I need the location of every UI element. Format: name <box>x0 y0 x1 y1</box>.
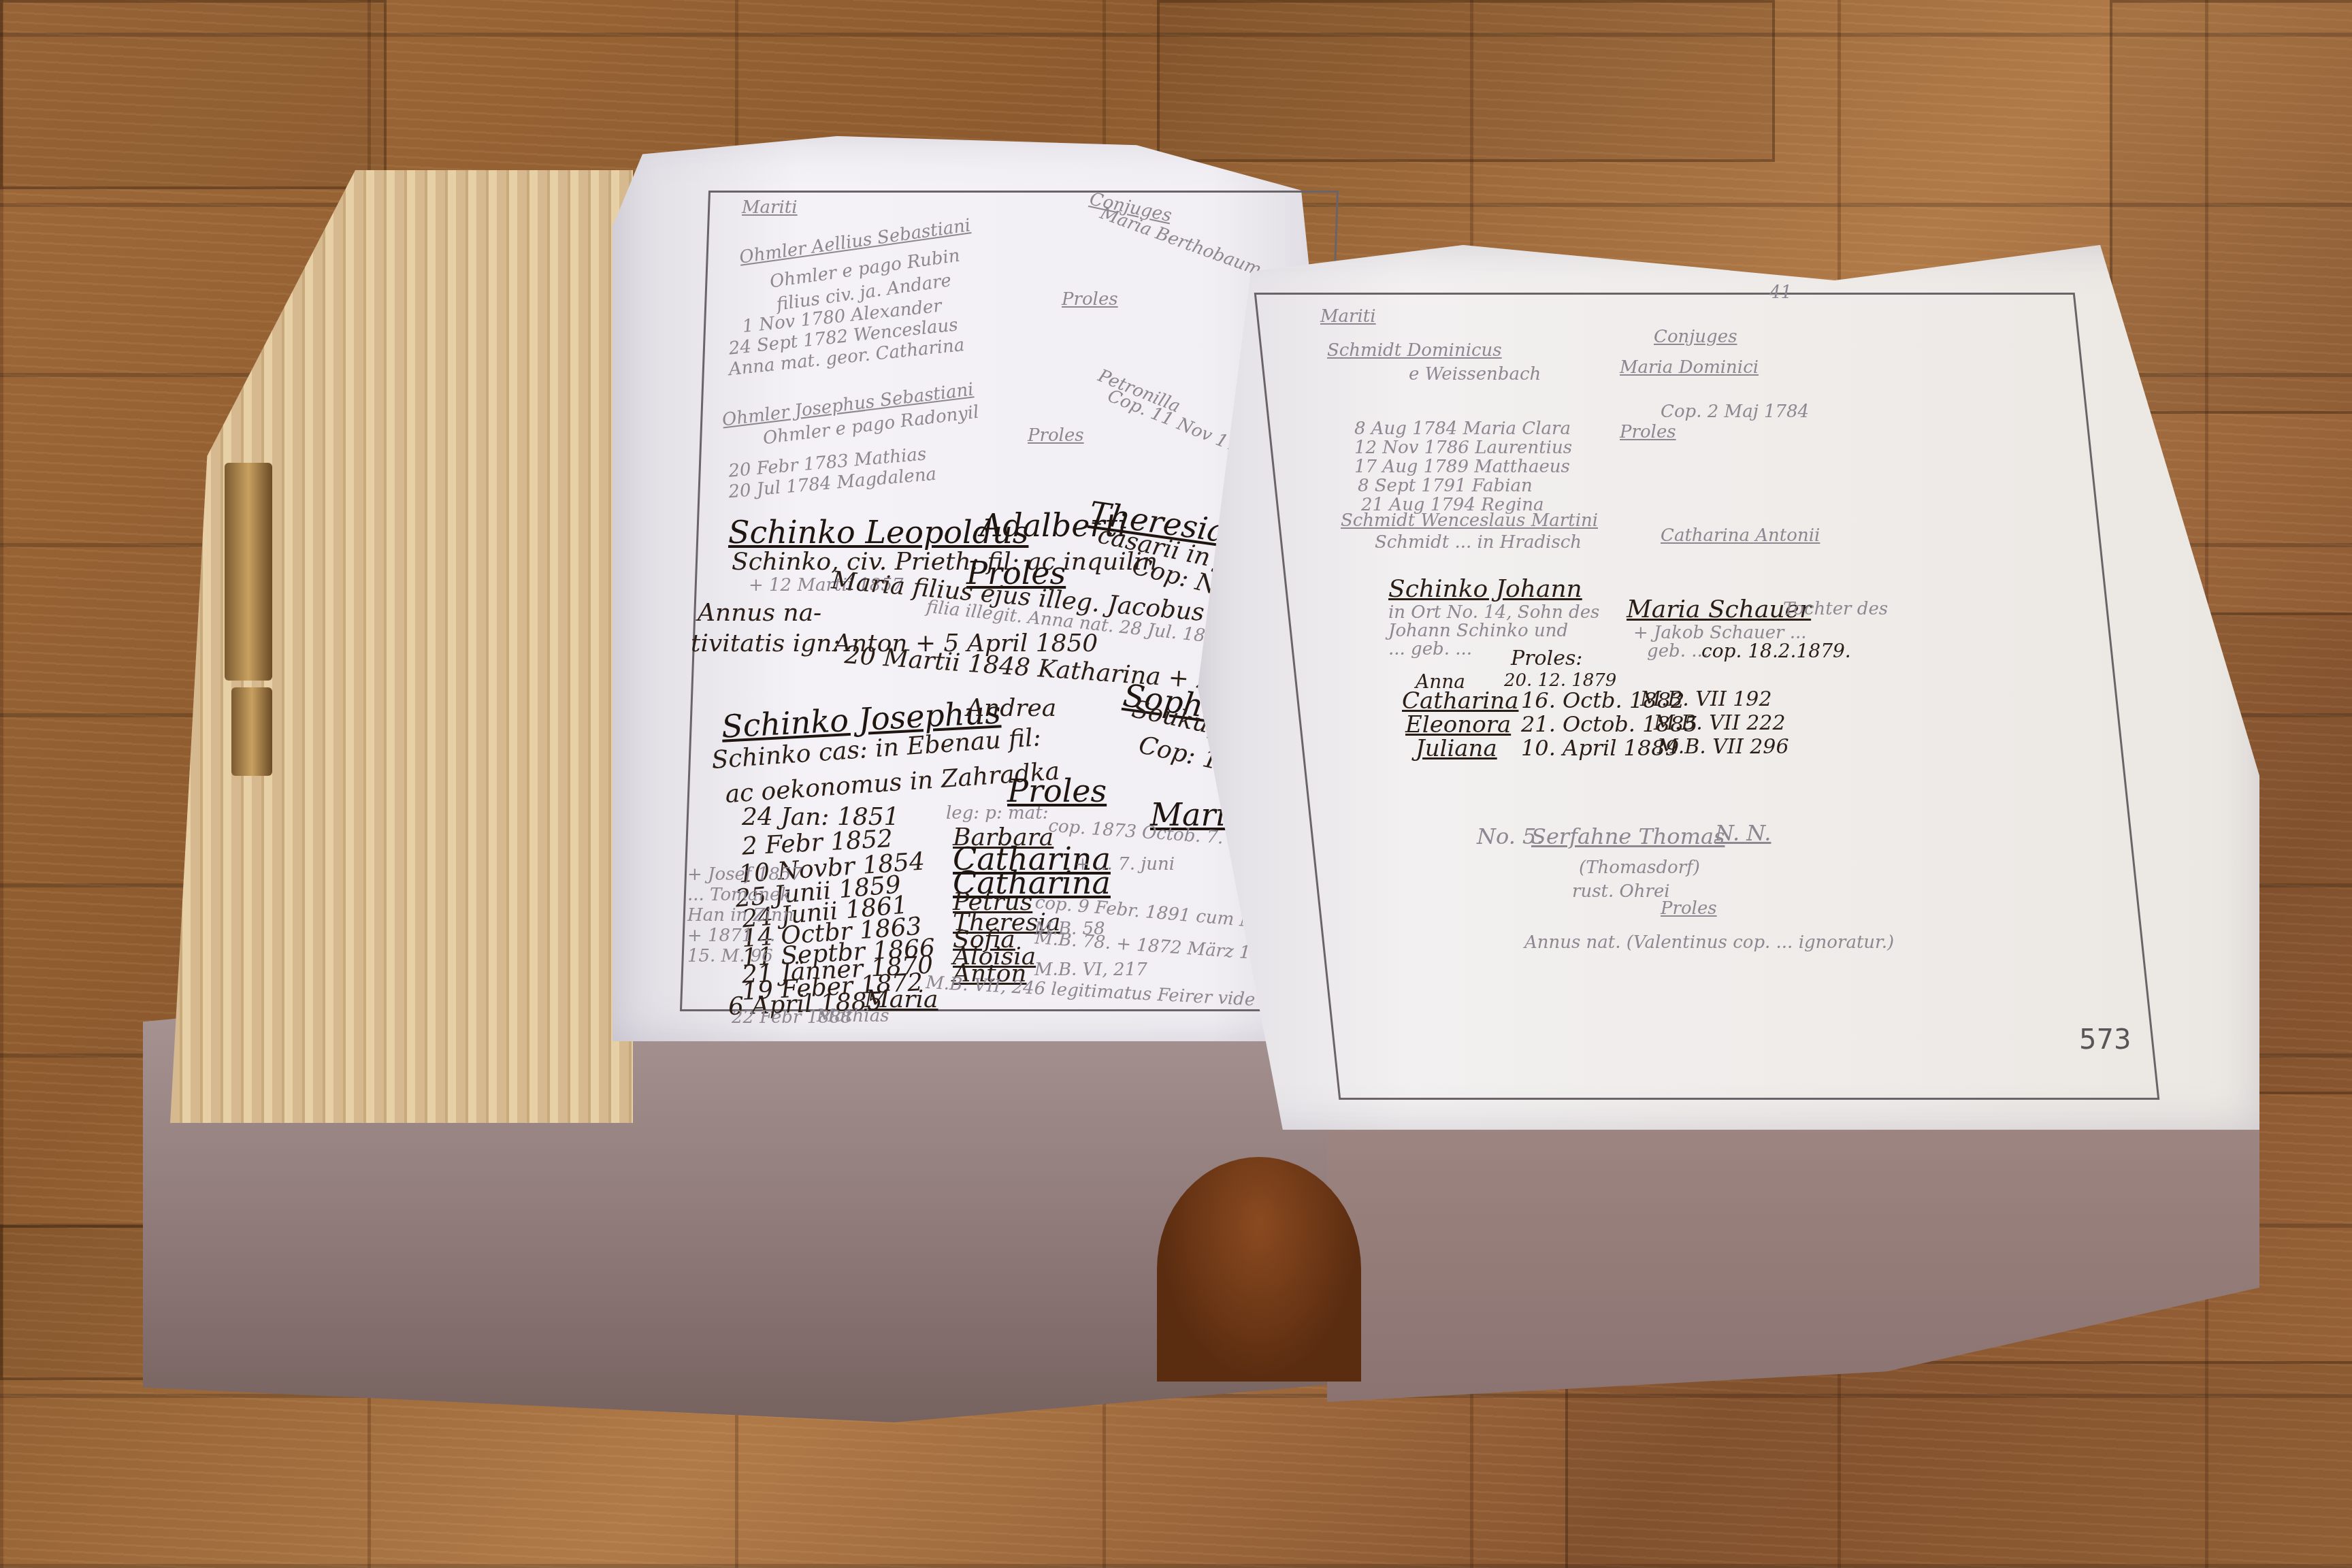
faint-child: 17 Aug 1789 Matthaeus <box>1354 457 1570 477</box>
children-note: Annus nat. (Valentinus cop. ... ignoratu… <box>1524 932 1894 953</box>
child-name: Mathias <box>817 1006 889 1026</box>
proles-label: Proles <box>1661 898 1717 919</box>
child-note: M.B. VII 222 <box>1654 711 1786 735</box>
annus-label: tivitatis ign: <box>691 630 840 657</box>
margin-note: 15. M. 96 <box>687 946 773 966</box>
faint-husband: Schmidt Dominicus <box>1327 340 1502 361</box>
copulation-date: cop. 18.2.1879. <box>1701 640 1851 662</box>
husband-note: ... geb. ... <box>1388 639 1472 659</box>
husband-note: Johann Schinko und <box>1388 621 1568 641</box>
husband-name: Serfahne Thomas <box>1531 823 1725 849</box>
faint-proles: Proles <box>1620 422 1676 442</box>
child-note: M.B. VII 192 <box>1640 687 1772 711</box>
husband-note: in Ort No. 14, Sohn des <box>1388 602 1599 623</box>
faint-child: 8 Sept 1791 Fabian <box>1358 476 1533 496</box>
header-conjuges: Conjuges <box>1654 327 1737 347</box>
legitimation-note: leg: p: mat: <box>946 803 1048 823</box>
margin-note: Han in Zinn <box>687 905 794 926</box>
faint-line: Schmidt ... in Hradisch <box>1375 532 1582 553</box>
spine-leather <box>1157 1157 1361 1382</box>
faint-wife: Catharina Antonii <box>1661 525 1820 546</box>
page-mark: 41 <box>1769 282 1792 303</box>
husband-occupation: rust. Ohrei <box>1572 881 1670 902</box>
metal-clasp <box>231 687 272 776</box>
faint-cop: Cop. 2 Maj 1784 <box>1661 402 1809 422</box>
faint-proles-2: Proles <box>1028 425 1084 446</box>
child-name: Catharina <box>1402 687 1518 715</box>
faint-proles-1: Proles <box>1062 289 1118 310</box>
proles-label: Proles: <box>1511 647 1582 670</box>
margin-note: + 1871 ... <box>687 926 775 946</box>
husband-origin: Schinko, civ. Prieth: fil: ac inquilin <box>732 548 1158 576</box>
header-mariti: Mariti <box>1320 306 1376 327</box>
broken-clasp <box>225 463 272 681</box>
child-note: M.B. VII 296 <box>1657 735 1789 759</box>
margin-note: + Josef 1857 <box>687 864 802 885</box>
husband-origin: (Thomasdorf) <box>1579 857 1700 878</box>
child-note: M.B. VI, 217 <box>1034 960 1147 980</box>
wife-note: geb. ... <box>1647 641 1708 661</box>
wife-note: Tochter des <box>1783 599 1888 619</box>
child-date: 10. April 1889 <box>1521 735 1679 761</box>
child-name: Juliana <box>1416 735 1497 762</box>
pencil-page-number: 573 <box>2079 1024 2131 1056</box>
faint-child: 8 Aug 1784 Maria Clara <box>1354 419 1571 439</box>
husband-father: Andrea <box>966 694 1056 722</box>
child-name: Eleonora <box>1405 711 1511 738</box>
open-book: Mariti Conjuges Ohmler Aellius Sebastian… <box>0 0 2352 1568</box>
husband-name: Schinko Johann <box>1388 575 1582 603</box>
faint-child: 12 Nov 1786 Laurentius <box>1354 438 1572 458</box>
faint-husband: Schmidt Wenceslaus Martini <box>1341 510 1598 531</box>
faint-line: e Weissenbach <box>1409 364 1541 385</box>
margin-note: ... Tomanek <box>687 885 791 905</box>
wife-name: N. N. <box>1715 820 1771 846</box>
faint-wife: Maria Dominici <box>1620 357 1759 378</box>
annus-label: Annus na- <box>698 599 821 627</box>
header-mariti: Mariti <box>742 197 798 218</box>
